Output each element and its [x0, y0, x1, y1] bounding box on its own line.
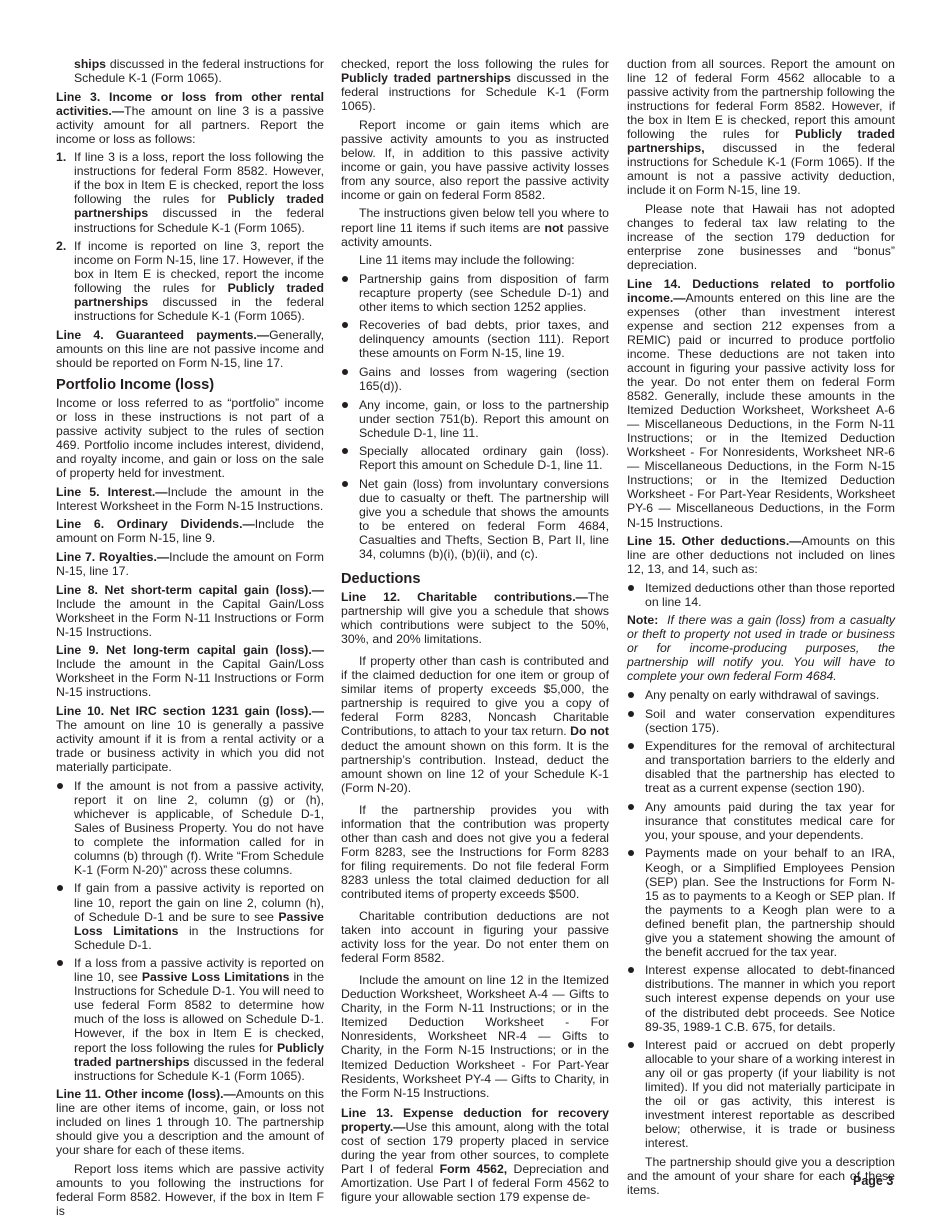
- item-text: Specially allocated ordinary gain (loss)…: [359, 444, 609, 472]
- line5-paragraph: Line 5. Interest.—Include the amount in …: [56, 485, 324, 513]
- list-item: If gain from a passive activity is repor…: [56, 881, 324, 951]
- line11-bullet-list: Partnership gains from disposition of fa…: [341, 272, 609, 561]
- line10-text: The amount on line 10 is generally a pas…: [56, 718, 324, 774]
- line10-heading: Line 10. Net IRC section 1231 gain (loss…: [56, 704, 324, 718]
- list-item: Partnership gains from disposition of fa…: [341, 272, 609, 314]
- item-text: Partnership gains from disposition of fa…: [359, 272, 609, 314]
- may-include-paragraph: Line 11 items may include the following:: [341, 253, 609, 267]
- list-item: Interest paid or accrued on debt properl…: [627, 1038, 895, 1150]
- bullet-icon: [342, 276, 348, 282]
- list-item: Gains and losses from wagering (section …: [341, 365, 609, 393]
- continued-paragraph: duction from all sources. Report the amo…: [627, 57, 895, 197]
- line4-paragraph: Line 4. Guaranteed payments.—Generally, …: [56, 328, 324, 370]
- bullet-icon: [57, 783, 63, 789]
- bullet-icon: [628, 804, 634, 810]
- list-item: Recoveries of bad debts, prior taxes, an…: [341, 318, 609, 360]
- line10-paragraph: Line 10. Net IRC section 1231 gain (loss…: [56, 704, 324, 774]
- portfolio-paragraph: Income or loss referred to as “portfolio…: [56, 396, 324, 480]
- continued-paragraph: checked, report the loss following the r…: [341, 57, 609, 113]
- column-middle: checked, report the loss following the r…: [341, 57, 609, 1208]
- list-item: If a loss from a passive activity is rep…: [56, 956, 324, 1082]
- include-amount-paragraph: Include the amount on line 12 in the Ite…: [341, 973, 609, 1099]
- column-right: duction from all sources. Report the amo…: [627, 57, 895, 1202]
- line3-numbered-list: 1.If line 3 is a loss, report the loss f…: [56, 150, 324, 323]
- portfolio-income-heading: Portfolio Income (loss): [56, 377, 324, 393]
- line9-paragraph: Line 9. Net long-term capital gain (loss…: [56, 643, 324, 699]
- hawaii-note-paragraph: Please note that Hawaii has not adopted …: [627, 202, 895, 272]
- note-text: If there was a gain (loss) from a casual…: [627, 613, 895, 683]
- list-item: 2.If income is reported on line 3, repor…: [56, 239, 324, 323]
- bullet-icon: [628, 850, 634, 856]
- item-text: Net gain (loss) from involuntary convers…: [359, 477, 609, 561]
- report-income-paragraph: Report income or gain items which are pa…: [341, 118, 609, 202]
- property-paragraph: If property other than cash is contribut…: [341, 654, 609, 794]
- bold-term: ships: [74, 57, 106, 71]
- item-text: Recoveries of bad debts, prior taxes, an…: [359, 318, 609, 360]
- item-text: If the amount is not from a passive acti…: [74, 779, 324, 877]
- item-text: Payments made on your behalf to an IRA, …: [645, 846, 895, 958]
- paragraph-text: deduct the amount shown on this form. It…: [341, 739, 609, 795]
- line6-paragraph: Line 6. Ordinary Dividends.—Include the …: [56, 517, 324, 545]
- charitable-not-paragraph: Charitable contribution deductions are n…: [341, 909, 609, 965]
- line15-paragraph: Line 15. Other deductions.—Amounts on th…: [627, 534, 895, 576]
- note-paragraph: Note: If there was a gain (loss) from a …: [627, 613, 895, 683]
- paragraph-text: checked, report the loss following the r…: [341, 57, 609, 71]
- item-text: Any penalty on early withdrawal of savin…: [645, 688, 879, 702]
- item-text: Expenditures for the removal of architec…: [645, 739, 895, 795]
- bold-term: Passive Loss Limitations: [142, 970, 290, 984]
- line13-paragraph: Line 13. Expense deduction for recovery …: [341, 1106, 609, 1204]
- line7-paragraph: Line 7. Royalties.—Include the amount on…: [56, 550, 324, 578]
- line8-paragraph: Line 8. Net short-term capital gain (los…: [56, 583, 324, 639]
- item-text: Interest expense allocated to debt-finan…: [645, 963, 895, 1033]
- report-loss-paragraph: Report loss items which are passive acti…: [56, 1162, 324, 1218]
- bold-term: Publicly traded partnerships: [341, 71, 511, 85]
- line4-heading: Line 4. Guaranteed payments.—: [56, 328, 269, 342]
- item-text: Interest paid or accrued on debt properl…: [645, 1038, 895, 1150]
- list-item: 1.If line 3 is a loss, report the loss f…: [56, 150, 324, 234]
- bold-term: not: [544, 221, 563, 235]
- bullet-icon: [628, 711, 634, 717]
- provides-info-paragraph: If the partnership provides you with inf…: [341, 803, 609, 901]
- list-item: Payments made on your behalf to an IRA, …: [627, 846, 895, 958]
- line11-paragraph: Line 11. Other income (loss).—Amounts on…: [56, 1087, 324, 1157]
- instructions-paragraph: The instructions given below tell you wh…: [341, 206, 609, 248]
- list-item: If the amount is not from a passive acti…: [56, 779, 324, 877]
- bold-term: Do not: [570, 724, 609, 738]
- bullet-icon: [628, 1042, 634, 1048]
- item-text: Gains and losses from wagering (section …: [359, 365, 609, 393]
- list-item: Interest expense allocated to debt-finan…: [627, 963, 895, 1033]
- line10-bullet-list: If the amount is not from a passive acti…: [56, 779, 324, 1083]
- line15-bullet-list: Any penalty on early withdrawal of savin…: [627, 688, 895, 1150]
- list-marker: 1.: [56, 150, 66, 164]
- line14-text: Amounts entered on this line are the exp…: [627, 291, 895, 530]
- line12-heading: Line 12. Charitable contributions.—: [341, 590, 588, 604]
- bullet-icon: [628, 692, 634, 698]
- line14-paragraph: Line 14. Deductions related to portfolio…: [627, 277, 895, 530]
- line7-heading: Line 7. Royalties.—: [56, 550, 169, 564]
- line8-heading: Line 8. Net short-term capital gain (los…: [56, 583, 324, 597]
- item-text: Soil and water conservation expenditures…: [645, 707, 895, 735]
- column-left: ships discussed in the federal instructi…: [56, 57, 324, 1223]
- bullet-icon: [342, 481, 348, 487]
- paragraph-text: discussed in the federal instructions fo…: [74, 57, 324, 85]
- item-text: Itemized deductions other than those rep…: [645, 581, 895, 609]
- line9-text: Include the amount in the Capital Gain/L…: [56, 657, 324, 699]
- bullet-icon: [628, 743, 634, 749]
- bullet-icon: [57, 960, 63, 966]
- list-marker: 2.: [56, 239, 66, 253]
- line11-heading: Line 11. Other income (loss).—: [56, 1087, 236, 1101]
- bullet-icon: [57, 885, 63, 891]
- bullet-icon: [342, 402, 348, 408]
- deductions-heading: Deductions: [341, 571, 609, 587]
- list-item: Specially allocated ordinary gain (loss)…: [341, 444, 609, 472]
- list-item: Itemized deductions other than those rep…: [627, 581, 895, 609]
- paragraph-text: If property other than cash is contribut…: [341, 654, 609, 738]
- bullet-icon: [628, 585, 634, 591]
- line15-first-bullet: Itemized deductions other than those rep…: [627, 581, 895, 609]
- bold-term: Form 4562,: [440, 1162, 508, 1176]
- line5-heading: Line 5. Interest.—: [56, 485, 168, 499]
- list-item: Expenditures for the removal of architec…: [627, 739, 895, 795]
- line15-heading: Line 15. Other deductions.—: [627, 534, 802, 548]
- line3-paragraph: Line 3. Income or loss from other rental…: [56, 90, 324, 146]
- note-label: Note:: [627, 613, 658, 627]
- list-item: Soil and water conservation expenditures…: [627, 707, 895, 735]
- list-item: Any penalty on early withdrawal of savin…: [627, 688, 895, 702]
- line8-text: Include the amount in the Capital Gain/L…: [56, 597, 324, 639]
- continued-paragraph: ships discussed in the federal instructi…: [56, 57, 324, 85]
- line6-heading: Line 6. Ordinary Dividends.—: [56, 517, 255, 531]
- page-number: Page 3: [853, 1174, 893, 1188]
- list-item: Any income, gain, or loss to the partner…: [341, 398, 609, 440]
- bullet-icon: [342, 448, 348, 454]
- bullet-icon: [628, 967, 634, 973]
- list-item: Net gain (loss) from involuntary convers…: [341, 477, 609, 561]
- line9-heading: Line 9. Net long-term capital gain (loss…: [56, 643, 324, 657]
- bullet-icon: [342, 369, 348, 375]
- item-text: Any amounts paid during the tax year for…: [645, 800, 895, 842]
- bullet-icon: [342, 322, 348, 328]
- line12-paragraph: Line 12. Charitable contributions.—The p…: [341, 590, 609, 646]
- item-text: Any income, gain, or loss to the partner…: [359, 398, 609, 440]
- list-item: Any amounts paid during the tax year for…: [627, 800, 895, 842]
